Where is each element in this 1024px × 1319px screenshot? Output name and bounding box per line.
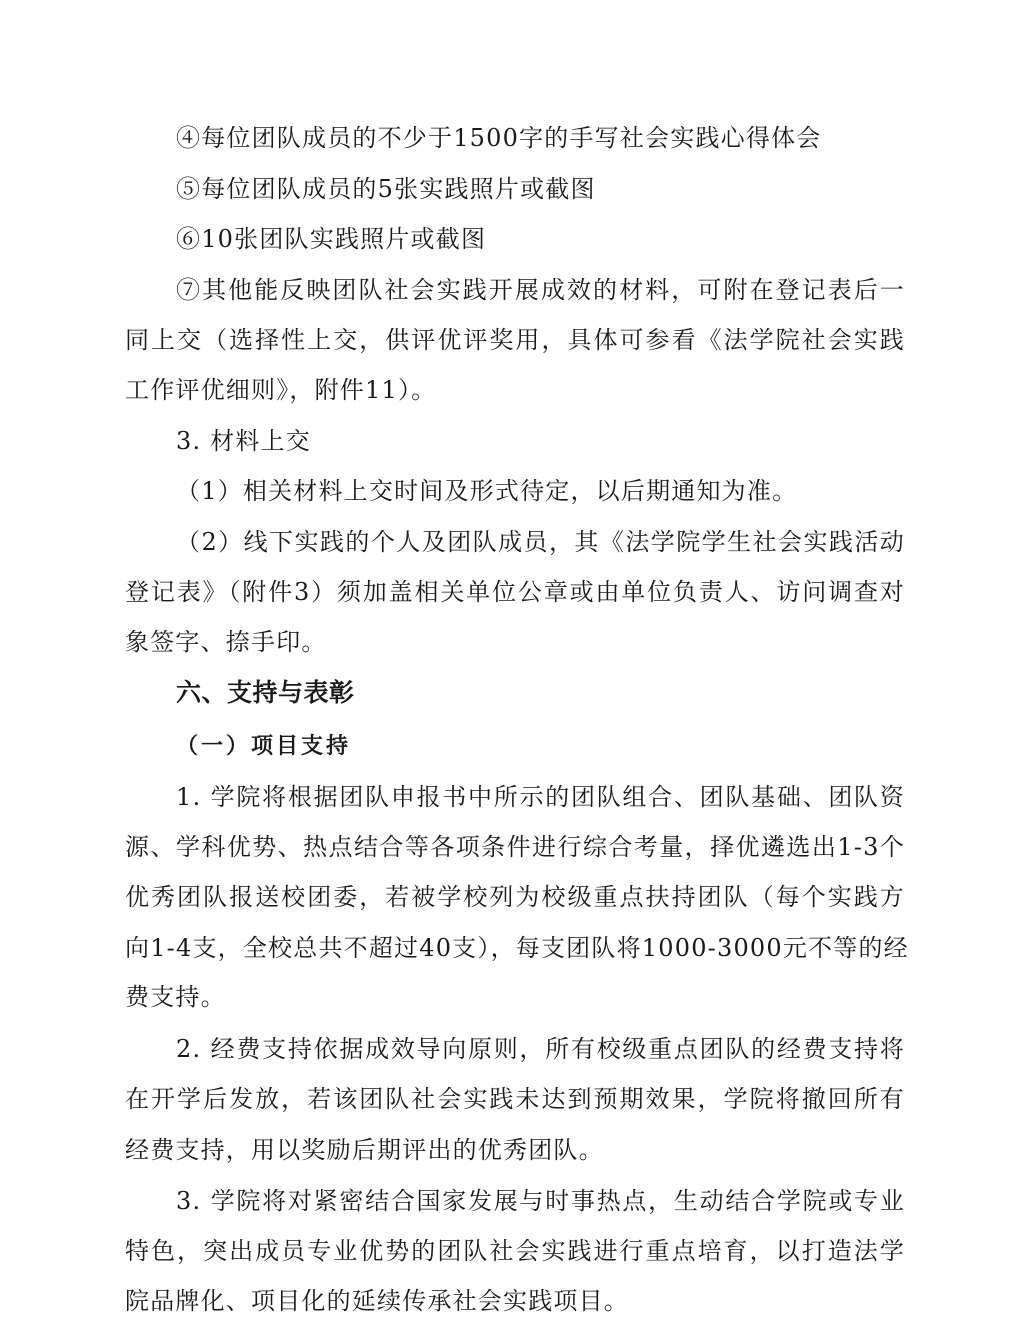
paragraph-2-line-2: 在开学后发放，若该团队社会实践未达到预期效果，学院将撤回所有: [125, 1084, 905, 1114]
subsection-heading: （一）项目支持: [176, 731, 905, 761]
paragraph-submission-2-line-1: （2）线下实践的个人及团队成员，其《法学院学生社会实践活动: [176, 527, 905, 557]
paragraph-submission-2-line-3: 象签字、捺手印。: [125, 627, 905, 657]
paragraph-1-line-4: 向1-4支，全校总共不超过40支），每支团队将1000-3000元不等的经: [125, 933, 905, 963]
document-page: ④每位团队成员的不少于1500字的手写社会实践心得体会 ⑤每位团队成员的5张实践…: [0, 0, 1024, 1319]
paragraph-3-line-2: 特色，突出成员专业优势的团队社会实践进行重点培育，以打造法学: [125, 1236, 905, 1266]
paragraph-2-line-3: 经费支持，用以奖励后期评出的优秀团队。: [125, 1135, 905, 1165]
list-item-5: ⑤每位团队成员的5张实践照片或截图: [176, 174, 905, 204]
paragraph-submission-1: （1）相关材料上交时间及形式待定，以后期通知为准。: [176, 476, 905, 506]
subheading-material-submission: 3. 材料上交: [176, 426, 905, 456]
paragraph-submission-2-line-2: 登记表》（附件3）须加盖相关单位公章或由单位负责人、访问调查对: [125, 577, 905, 607]
list-item-7-line-3: 工作评优细则》，附件11）。: [125, 375, 905, 405]
list-item-4: ④每位团队成员的不少于1500字的手写社会实践心得体会: [176, 123, 905, 153]
paragraph-2-line-1: 2. 经费支持依据成效导向原则，所有校级重点团队的经费支持将: [176, 1034, 905, 1064]
paragraph-1-line-3: 优秀团队报送校团委，若被学校列为校级重点扶持团队（每个实践方: [125, 882, 905, 912]
list-item-7-line-2: 同上交（选择性上交，供评优评奖用，具体可参看《法学院社会实践: [125, 325, 905, 355]
paragraph-1-line-1: 1. 学院将根据团队申报书中所示的团队组合、团队基础、团队资: [176, 782, 905, 812]
paragraph-3-line-3: 院品牌化、项目化的延续传承社会实践项目。: [125, 1286, 905, 1316]
list-item-7-line-1: ⑦其他能反映团队社会实践开展成效的材料，可附在登记表后一: [176, 275, 905, 305]
paragraph-3-line-1: 3. 学院将对紧密结合国家发展与时事热点，生动结合学院或专业: [176, 1186, 905, 1216]
list-item-6: ⑥10张团队实践照片或截图: [176, 224, 905, 254]
section-heading: 六、支持与表彰: [176, 678, 905, 708]
paragraph-1-line-2: 源、学科优势、热点结合等各项条件进行综合考量，择优遴选出1-3个: [125, 832, 905, 862]
paragraph-1-line-5: 费支持。: [125, 982, 905, 1012]
